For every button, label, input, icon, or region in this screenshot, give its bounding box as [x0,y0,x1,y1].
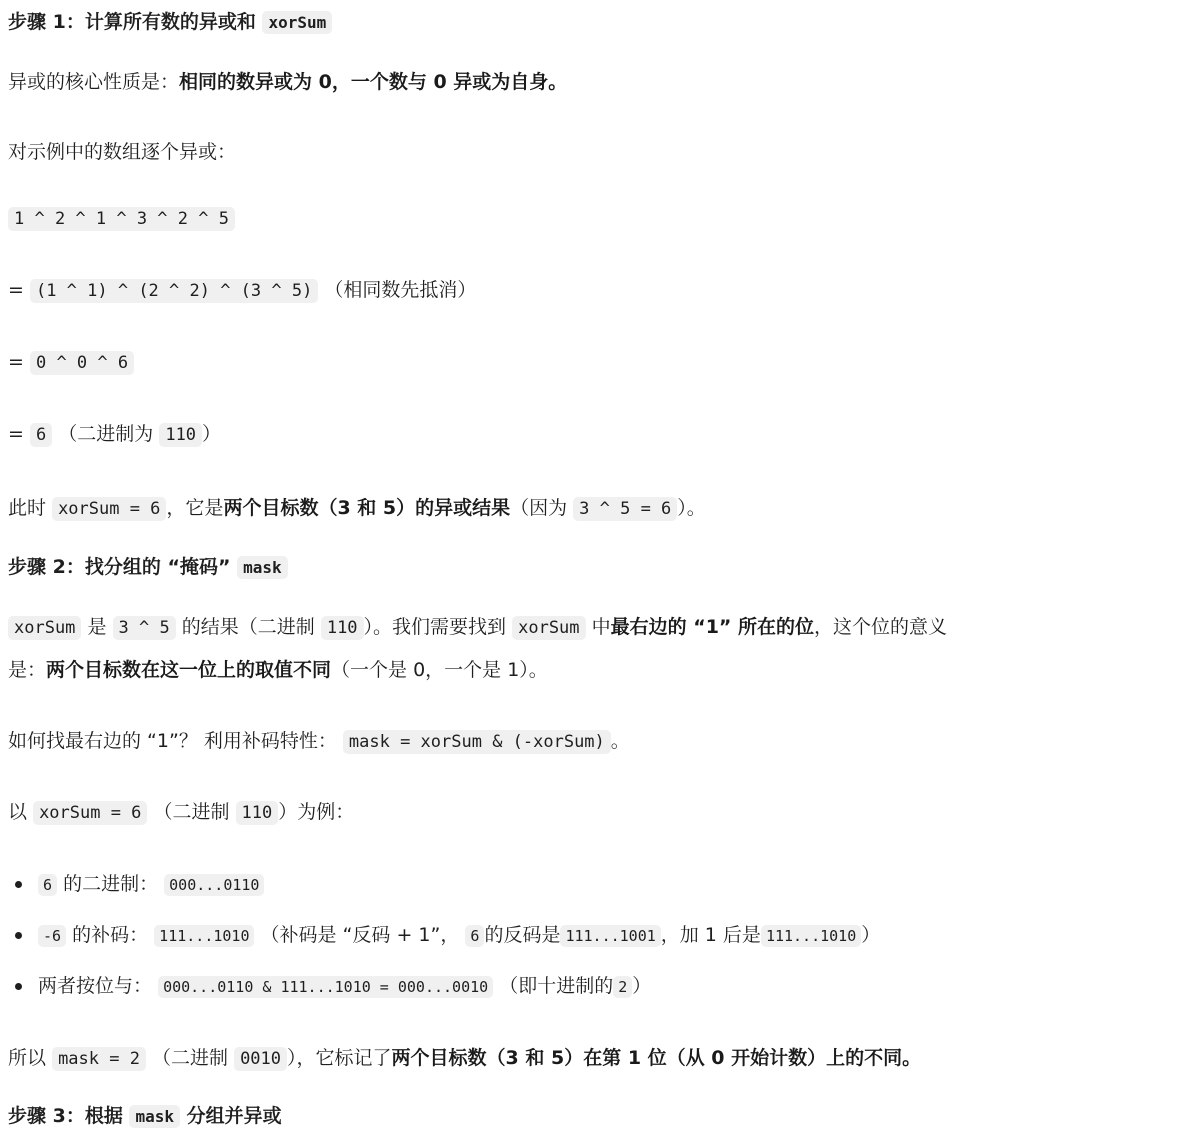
inline-code: xorSum [262,11,332,34]
inline-code: mask = xorSum & (-xorSum) [343,730,611,754]
inline-code: -6 [38,925,66,947]
intro-paragraph: 对示例中的数组逐个异或： [8,138,236,166]
calc-line-2: = (1 ^ 1) ^ (2 ^ 2) ^ (3 ^ 5) （相同数先抵消） [8,276,476,305]
inline-code: 110 [321,616,364,640]
result-paragraph: 此时 xorSum = 6，它是两个目标数（3 和 5）的异或结果（因为 3 ^… [8,494,706,523]
inline-code: 6 [30,423,52,447]
explain-paragraph-line2: 是：两个目标数在这一位上的取值不同（一个是 0，一个是 1）。 [8,656,548,684]
bullet-icon [15,983,22,990]
inline-code: 110 [159,423,202,447]
bold-text: 两个目标数（3 和 5）的异或结果 [223,497,510,519]
step1-heading: 步骤 1：计算所有数的异或和 xorSum [8,8,332,37]
inline-code: xorSum = 6 [33,801,147,825]
bold-text: 两个目标数在这一位上的取值不同 [46,659,331,681]
inline-code: xorSum = 6 [52,497,166,521]
example-paragraph: 以 xorSum = 6 （二进制 110）为例： [8,798,354,827]
bold-text: 最右边的 “1” 所在的位 [611,616,814,638]
inline-code: mask [129,1105,180,1128]
inline-code: 000...0110 [164,874,264,896]
bold-text: 两个目标数（3 和 5）在第 1 位（从 0 开始计数）上的不同。 [392,1047,922,1069]
inline-code: 6 [465,925,484,947]
document: 步骤 1：计算所有数的异或和 xorSum 异或的核心性质是：相同的数异或为 0… [0,0,1188,1133]
bullet-icon [15,932,22,939]
calc-line-1: 1 ^ 2 ^ 1 ^ 3 ^ 2 ^ 5 [8,204,235,233]
inline-code: mask = 2 [52,1047,146,1071]
inline-code: xorSum [8,616,81,640]
property-paragraph: 异或的核心性质是：相同的数异或为 0，一个数与 0 异或为自身。 [8,68,567,96]
inline-code: 1 ^ 2 ^ 1 ^ 3 ^ 2 ^ 5 [8,207,235,231]
inline-code: 111...1001 [560,925,660,947]
inline-code: 2 [613,976,632,998]
inline-code: 3 ^ 5 [113,616,176,640]
list-item: 两者按位与： 000...0110 & 111...1010 = 000...0… [8,972,651,1001]
inline-code: 0 ^ 0 ^ 6 [30,351,134,375]
step2-heading: 步骤 2：找分组的 “掩码” mask [8,553,288,582]
list-item: 6 的二进制： 000...0110 [8,870,264,899]
step3-heading: 步骤 3：根据 mask 分组并异或 [8,1102,282,1131]
inline-code: 110 [236,801,279,825]
inline-code: (1 ^ 1) ^ (2 ^ 2) ^ (3 ^ 5) [30,279,318,303]
conclusion-paragraph: 所以 mask = 2 （二进制 0010），它标记了两个目标数（3 和 5）在… [8,1044,921,1073]
bullet-icon [15,881,22,888]
inline-code: 0010 [234,1047,287,1071]
inline-code: 000...0110 & 111...1010 = 000...0010 [158,976,493,998]
inline-code: xorSum [512,616,585,640]
explain-paragraph-line1: xorSum 是 3 ^ 5 的结果（二进制 110）。我们需要找到 xorSu… [8,613,947,642]
calc-line-3: = 0 ^ 0 ^ 6 [8,348,134,377]
list-item: -6 的补码： 111...1010 （补码是 “反码 + 1”， 6的反码是1… [8,921,880,950]
how-paragraph: 如何找最右边的 “1”？ 利用补码特性： mask = xorSum & (-x… [8,727,630,756]
bold-text: 相同的数异或为 0，一个数与 0 异或为自身。 [179,71,567,93]
inline-code: 6 [38,874,57,896]
inline-code: 3 ^ 5 = 6 [573,497,677,521]
inline-code: 111...1010 [761,925,861,947]
inline-code: mask [237,556,288,579]
inline-code: 111...1010 [154,925,254,947]
calc-line-4: = 6 （二进制为 110） [8,420,221,449]
